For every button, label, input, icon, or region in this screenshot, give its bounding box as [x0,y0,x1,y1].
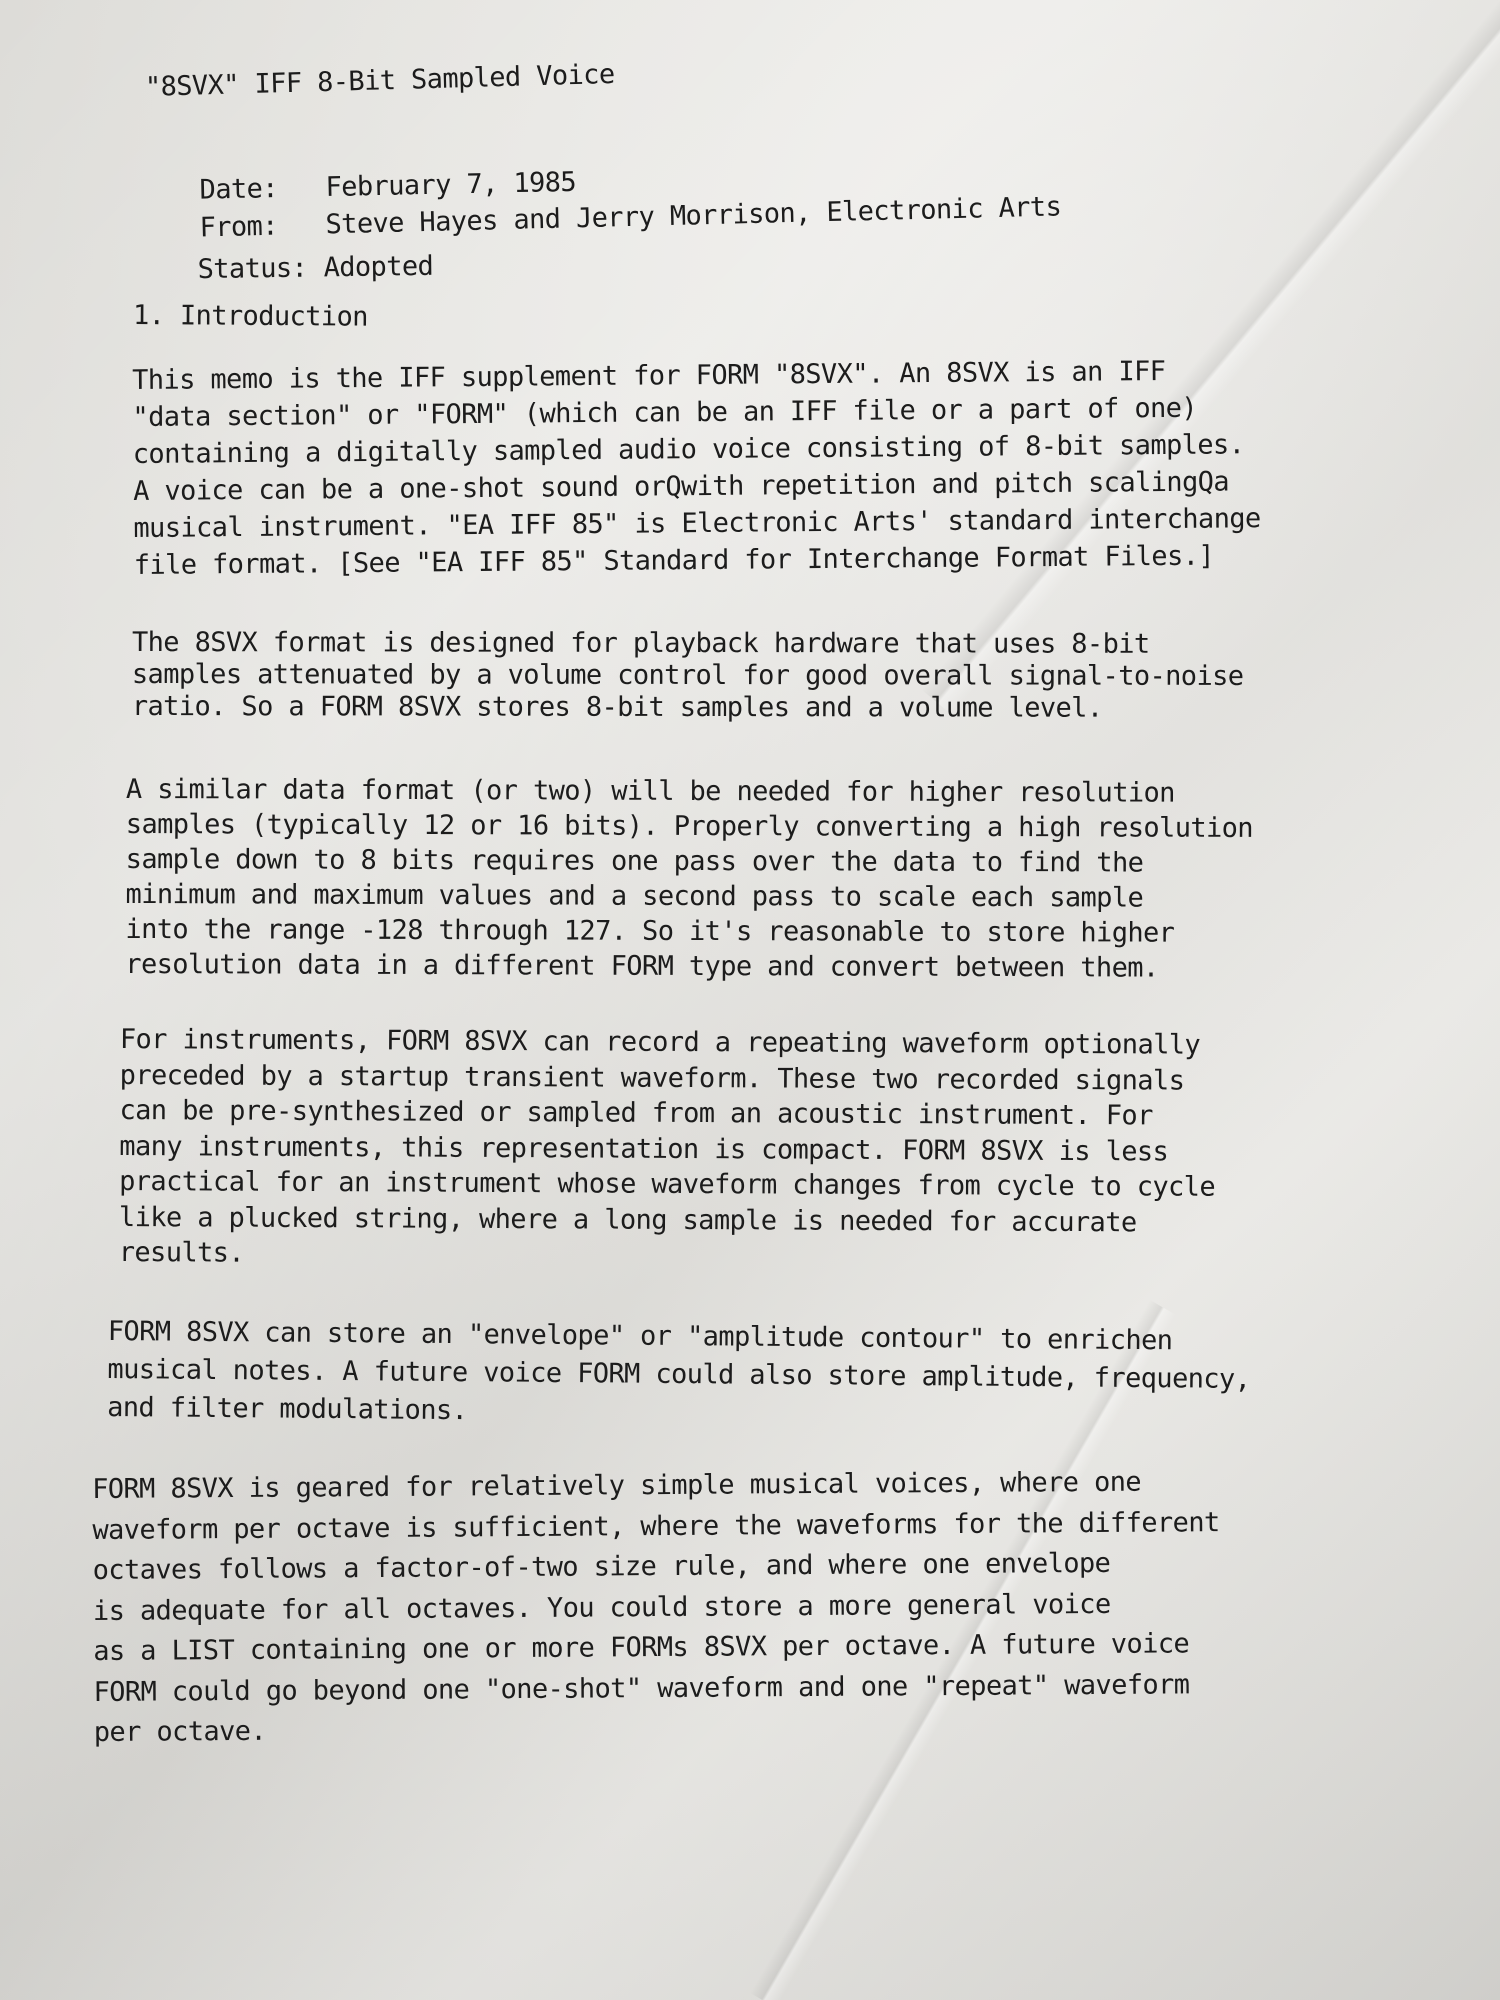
paragraph-line: into the range -128 through 127. So it's… [125,912,1252,951]
paragraph-line: FORM could go beyond one "one-shot" wave… [93,1665,1220,1713]
paragraph-line: preceded by a startup transient waveform… [120,1057,1216,1098]
section-heading: 1. Introduction [133,300,368,333]
paragraph-line: minimum and maximum values and a second … [126,877,1253,916]
paragraph-line: can be pre-synthesized or sampled from a… [119,1093,1215,1134]
paragraph: For instruments, FORM 8SVX can record a … [119,1022,1216,1276]
paragraph-line: The 8SVX format is designed for playback… [132,627,1244,661]
paragraph-line: results. [119,1235,1215,1276]
paragraph: The 8SVX format is designed for playback… [132,627,1244,725]
from-value: Steve Hayes and Jerry Morrison, Electron… [325,191,1061,240]
paragraph-line: like a plucked string, where a long samp… [119,1199,1215,1240]
paragraph-line: A similar data format (or two) will be n… [126,772,1253,811]
paragraph: A similar data format (or two) will be n… [125,772,1253,986]
paragraph-line: FORM 8SVX is geared for relatively simpl… [92,1462,1219,1510]
paragraph: FORM 8SVX is geared for relatively simpl… [92,1462,1221,1753]
paragraph: FORM 8SVX can store an "envelope" or "am… [107,1313,1251,1437]
status-label: Status: [197,252,323,285]
paragraph: This memo is the IFF supplement for FORM… [132,352,1261,584]
paragraph-line: ratio. So a FORM 8SVX stores 8-bit sampl… [132,691,1244,725]
paragraph-line: octaves follows a factor-of-two size rul… [93,1543,1220,1591]
paragraph-line: resolution data in a different FORM type… [125,947,1252,986]
paragraph-line: samples (typically 12 or 16 bits). Prope… [126,807,1253,846]
paragraph-line: sample down to 8 bits requires one pass … [126,842,1253,881]
paragraph-line: per octave. [94,1705,1221,1753]
paragraph-line: many instruments, this representation is… [119,1128,1215,1169]
paragraph-line: For instruments, FORM 8SVX can record a … [120,1022,1216,1063]
paragraph-line: samples attenuated by a volume control f… [132,659,1244,693]
status-value: Adopted [323,251,433,284]
paragraph-line: practical for an instrument whose wavefo… [119,1164,1215,1205]
paragraph-line: as a LIST containing one or more FORMs 8… [93,1624,1220,1672]
